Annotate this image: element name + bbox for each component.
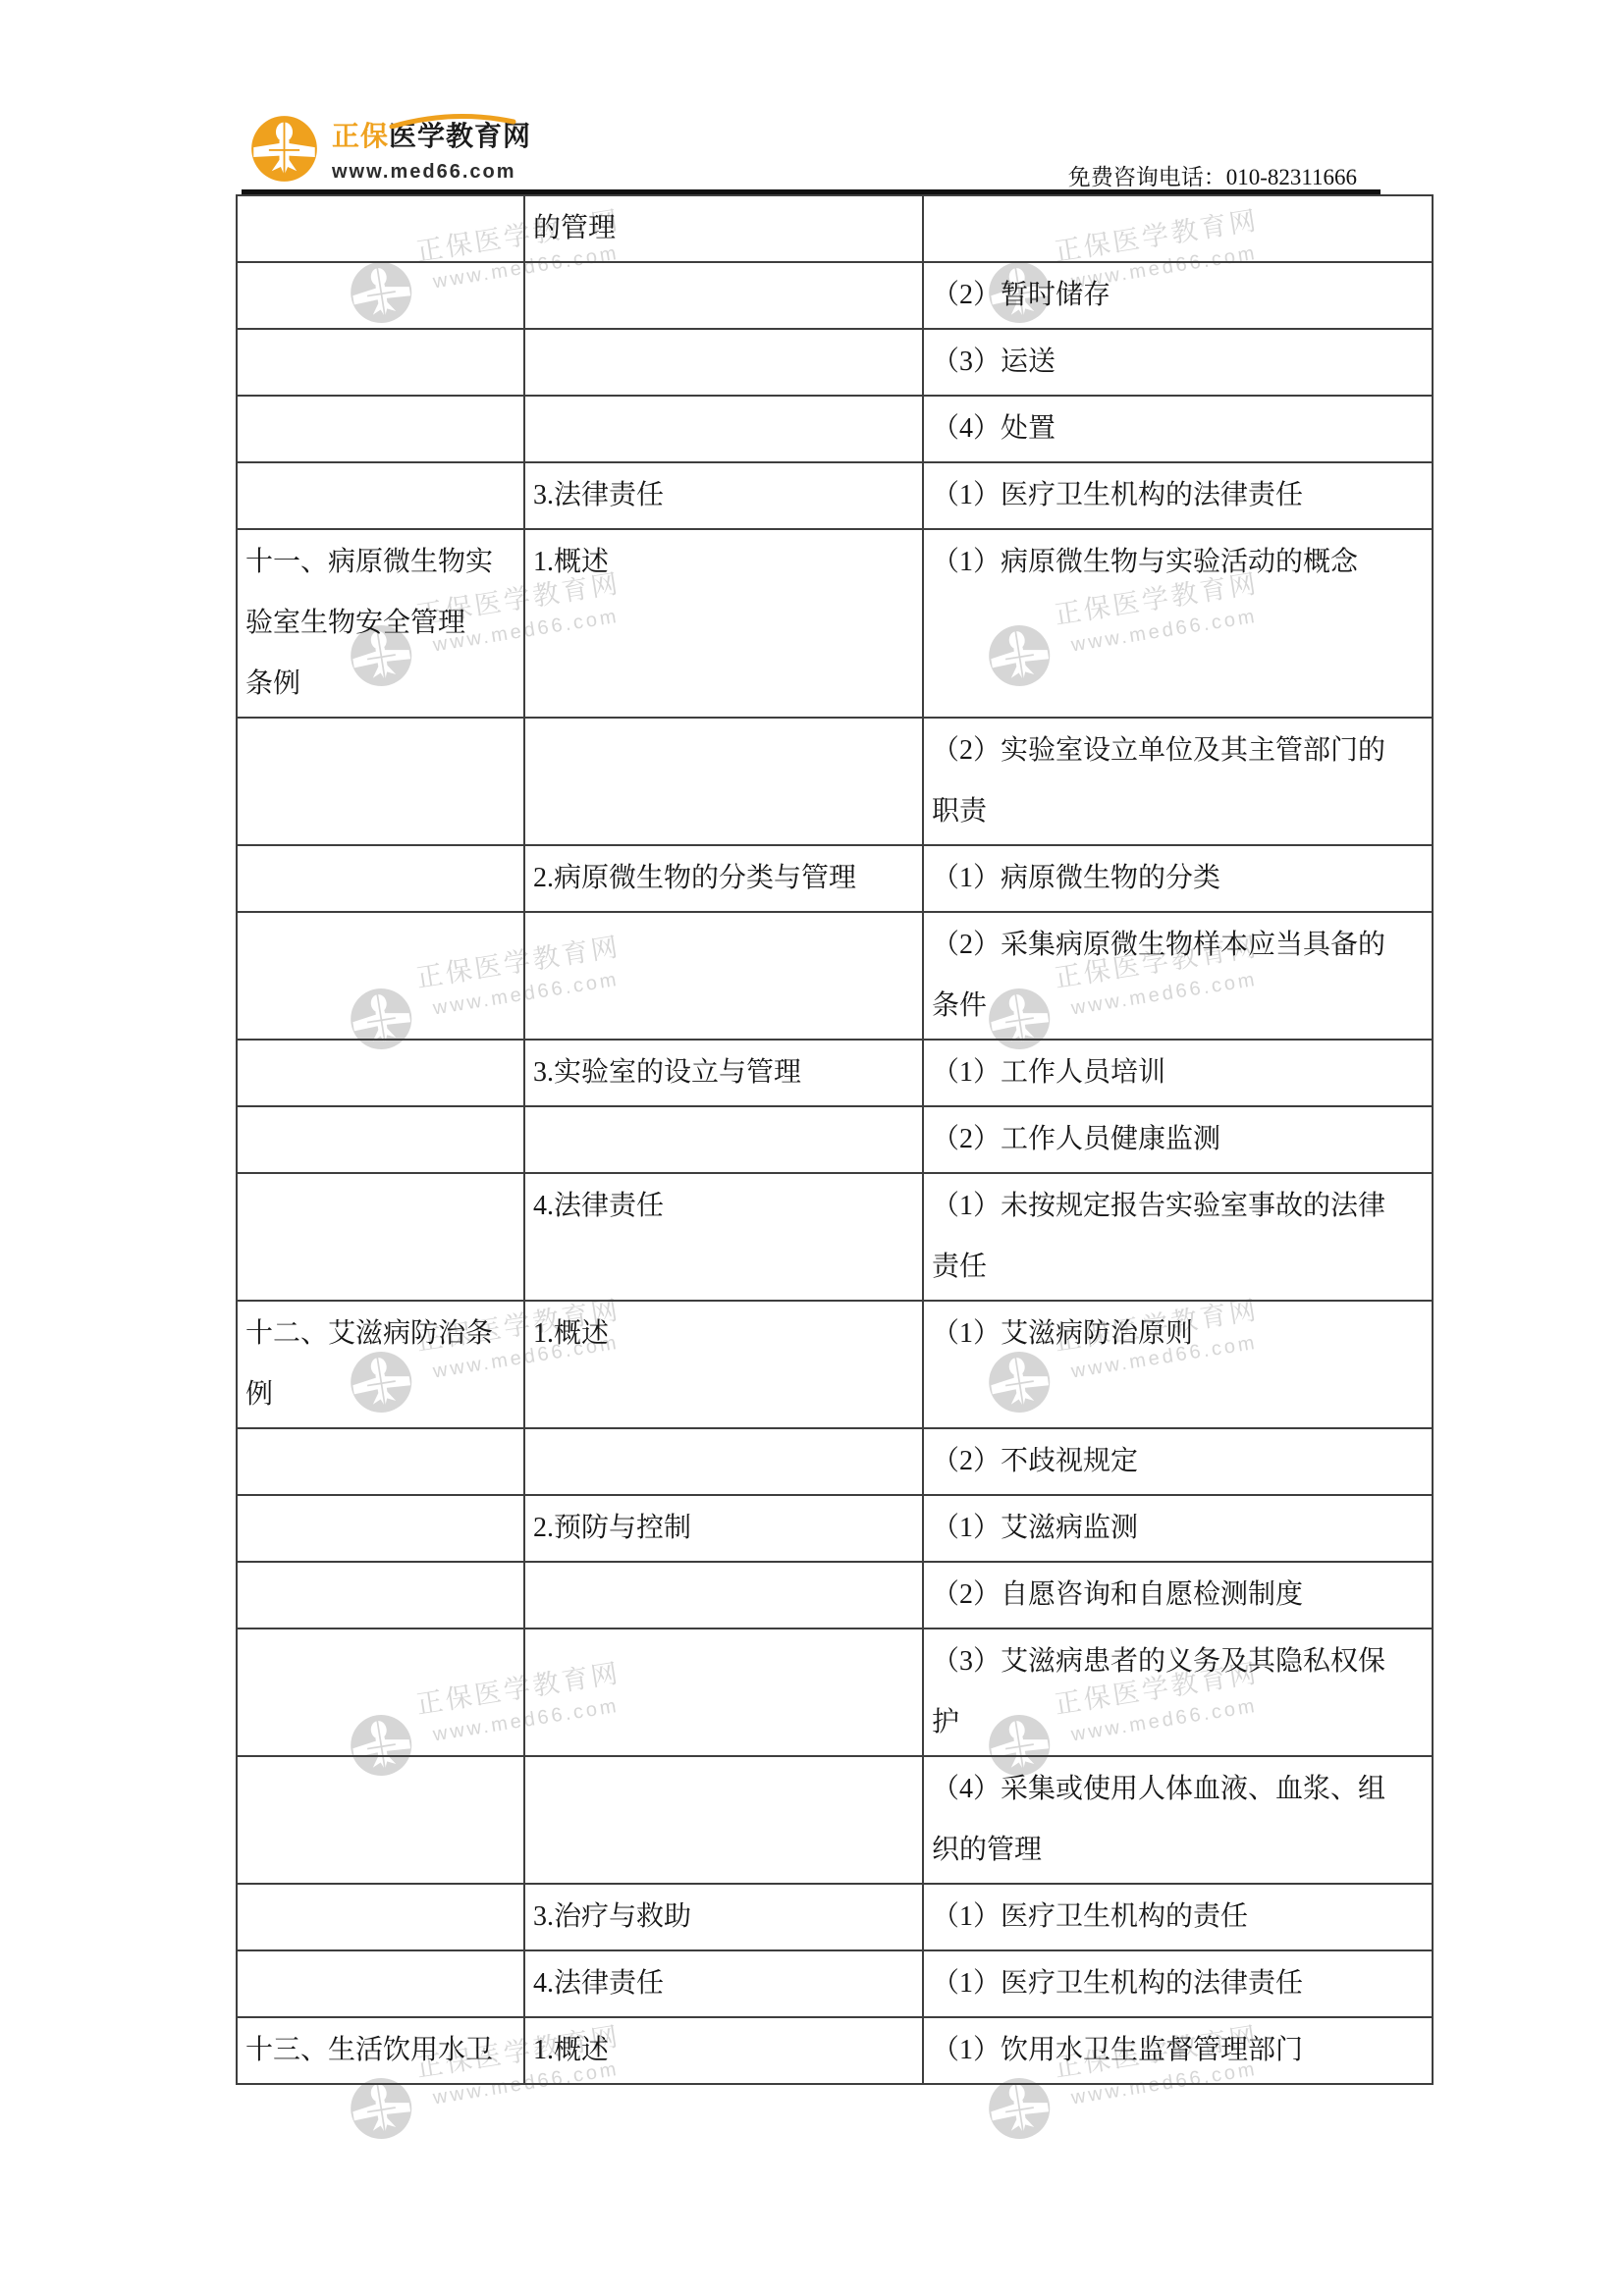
table-row: 3.治疗与救助（1）医疗卫生机构的责任	[237, 1884, 1433, 1950]
table-row: 2.病原微生物的分类与管理（1）病原微生物的分类	[237, 845, 1433, 912]
table-cell-c1	[237, 1495, 524, 1562]
table-cell-c3: （2）工作人员健康监测	[923, 1106, 1433, 1173]
table-cell-c3: （3）运送	[923, 329, 1433, 396]
table-cell-c3: （1）工作人员培训	[923, 1040, 1433, 1106]
med66-logo-glyph	[249, 114, 319, 184]
med66-logo-icon	[249, 114, 319, 184]
table-cell-c2: 3.法律责任	[524, 462, 923, 529]
table-cell-c3: （1）病原微生物的分类	[923, 845, 1433, 912]
table-row: 2.预防与控制（1）艾滋病监测	[237, 1495, 1433, 1562]
table-cell-c3: （2）不歧视规定	[923, 1428, 1433, 1495]
table-row: （2）工作人员健康监测	[237, 1106, 1433, 1173]
table-cell-c3: （2）实验室设立单位及其主管部门的 职责	[923, 718, 1433, 845]
table-cell-c1	[237, 195, 524, 262]
table-cell-c3: （2）暂时储存	[923, 262, 1433, 329]
table-cell-c1	[237, 1629, 524, 1756]
table-cell-c3: （1）艾滋病防治原则	[923, 1301, 1433, 1428]
table-cell-c1	[237, 396, 524, 462]
table-cell-c3: （2）采集病原微生物样本应当具备的 条件	[923, 912, 1433, 1040]
table-cell-c1	[237, 329, 524, 396]
table-cell-c2	[524, 1562, 923, 1629]
table-cell-c2	[524, 1629, 923, 1756]
table-cell-c1	[237, 1950, 524, 2017]
table-row: （2）自愿咨询和自愿检测制度	[237, 1562, 1433, 1629]
table-row: （3）艾滋病患者的义务及其隐私权保 护	[237, 1629, 1433, 1756]
table-row: （2）不歧视规定	[237, 1428, 1433, 1495]
table-cell-c1	[237, 1106, 524, 1173]
table-cell-c1: 十一、病原微生物实 验室生物安全管理 条例	[237, 529, 524, 718]
table-cell-c2: 1.概述	[524, 529, 923, 718]
table-row: 的管理	[237, 195, 1433, 262]
table-cell-c2: 的管理	[524, 195, 923, 262]
syllabus-table-body: 的管理（2）暂时储存（3）运送（4）处置3.法律责任（1）医疗卫生机构的法律责任…	[237, 195, 1433, 2084]
table-cell-c1	[237, 1562, 524, 1629]
table-cell-c2: 2.病原微生物的分类与管理	[524, 845, 923, 912]
table-cell-c3: （4）处置	[923, 396, 1433, 462]
table-row: 4.法律责任（1）未按规定报告实验室事故的法律 责任	[237, 1173, 1433, 1301]
table-cell-c3: （1）医疗卫生机构的责任	[923, 1884, 1433, 1950]
table-cell-c1	[237, 1884, 524, 1950]
document-page: 正保医学教育网 www.med66.com 免费咨询电话：010-8231166…	[0, 0, 1624, 2296]
table-cell-c3: （1）饮用水卫生监督管理部门	[923, 2017, 1433, 2084]
table-cell-c3: （2）自愿咨询和自愿检测制度	[923, 1562, 1433, 1629]
table-cell-c1	[237, 462, 524, 529]
table-cell-c3	[923, 195, 1433, 262]
table-cell-c2	[524, 1106, 923, 1173]
table-cell-c1	[237, 262, 524, 329]
phone-number: 免费咨询电话：010-82311666	[933, 159, 1357, 191]
table-cell-c2	[524, 329, 923, 396]
brand-url: www.med66.com	[332, 161, 531, 184]
table-cell-c1	[237, 912, 524, 1040]
table-cell-c2: 2.预防与控制	[524, 1495, 923, 1562]
table-cell-c3: （1）病原微生物与实验活动的概念	[923, 529, 1433, 718]
table-cell-c3: （1）未按规定报告实验室事故的法律 责任	[923, 1173, 1433, 1301]
table-cell-c1	[237, 718, 524, 845]
table-cell-c2	[524, 1756, 923, 1884]
table-cell-c3: （1）医疗卫生机构的法律责任	[923, 462, 1433, 529]
table-row: （3）运送	[237, 329, 1433, 396]
table-cell-c2	[524, 718, 923, 845]
table-cell-c2: 1.概述	[524, 2017, 923, 2084]
table-row: 3.实验室的设立与管理（1）工作人员培训	[237, 1040, 1433, 1106]
table-cell-c1: 十三、生活饮用水卫	[237, 2017, 524, 2084]
table-cell-c2	[524, 396, 923, 462]
table-cell-c2: 4.法律责任	[524, 1950, 923, 2017]
table-cell-c2: 3.实验室的设立与管理	[524, 1040, 923, 1106]
table-row: 十二、艾滋病防治条 例1.概述（1）艾滋病防治原则	[237, 1301, 1433, 1428]
brand-name-part1: 正保	[332, 122, 389, 152]
table-cell-c3: （1）医疗卫生机构的法律责任	[923, 1950, 1433, 2017]
table-cell-c1	[237, 1173, 524, 1301]
table-row: （2）实验室设立单位及其主管部门的 职责	[237, 718, 1433, 845]
table-row: （2）暂时储存	[237, 262, 1433, 329]
table-cell-c2: 3.治疗与救助	[524, 1884, 923, 1950]
table-cell-c2	[524, 262, 923, 329]
table-cell-c3: （4）采集或使用人体血液、血浆、组 织的管理	[923, 1756, 1433, 1884]
brand-arc-decoration	[389, 112, 516, 129]
brand-block: 正保医学教育网 www.med66.com	[332, 119, 531, 184]
table-row: （4）采集或使用人体血液、血浆、组 织的管理	[237, 1756, 1433, 1884]
syllabus-table: 的管理（2）暂时储存（3）运送（4）处置3.法律责任（1）医疗卫生机构的法律责任…	[236, 194, 1434, 2085]
table-row: 十三、生活饮用水卫1.概述（1）饮用水卫生监督管理部门	[237, 2017, 1433, 2084]
table-cell-c2: 1.概述	[524, 1301, 923, 1428]
table-row: 3.法律责任（1）医疗卫生机构的法律责任	[237, 462, 1433, 529]
table-cell-c1	[237, 845, 524, 912]
table-cell-c1: 十二、艾滋病防治条 例	[237, 1301, 524, 1428]
table-row: （2）采集病原微生物样本应当具备的 条件	[237, 912, 1433, 1040]
table-cell-c2: 4.法律责任	[524, 1173, 923, 1301]
table-row: 4.法律责任（1）医疗卫生机构的法律责任	[237, 1950, 1433, 2017]
table-cell-c2	[524, 912, 923, 1040]
table-row: （4）处置	[237, 396, 1433, 462]
table-row: 十一、病原微生物实 验室生物安全管理 条例1.概述（1）病原微生物与实验活动的概…	[237, 529, 1433, 718]
table-cell-c3: （3）艾滋病患者的义务及其隐私权保 护	[923, 1629, 1433, 1756]
table-cell-c1	[237, 1040, 524, 1106]
table-cell-c2	[524, 1428, 923, 1495]
table-cell-c3: （1）艾滋病监测	[923, 1495, 1433, 1562]
table-cell-c1	[237, 1428, 524, 1495]
table-cell-c1	[237, 1756, 524, 1884]
